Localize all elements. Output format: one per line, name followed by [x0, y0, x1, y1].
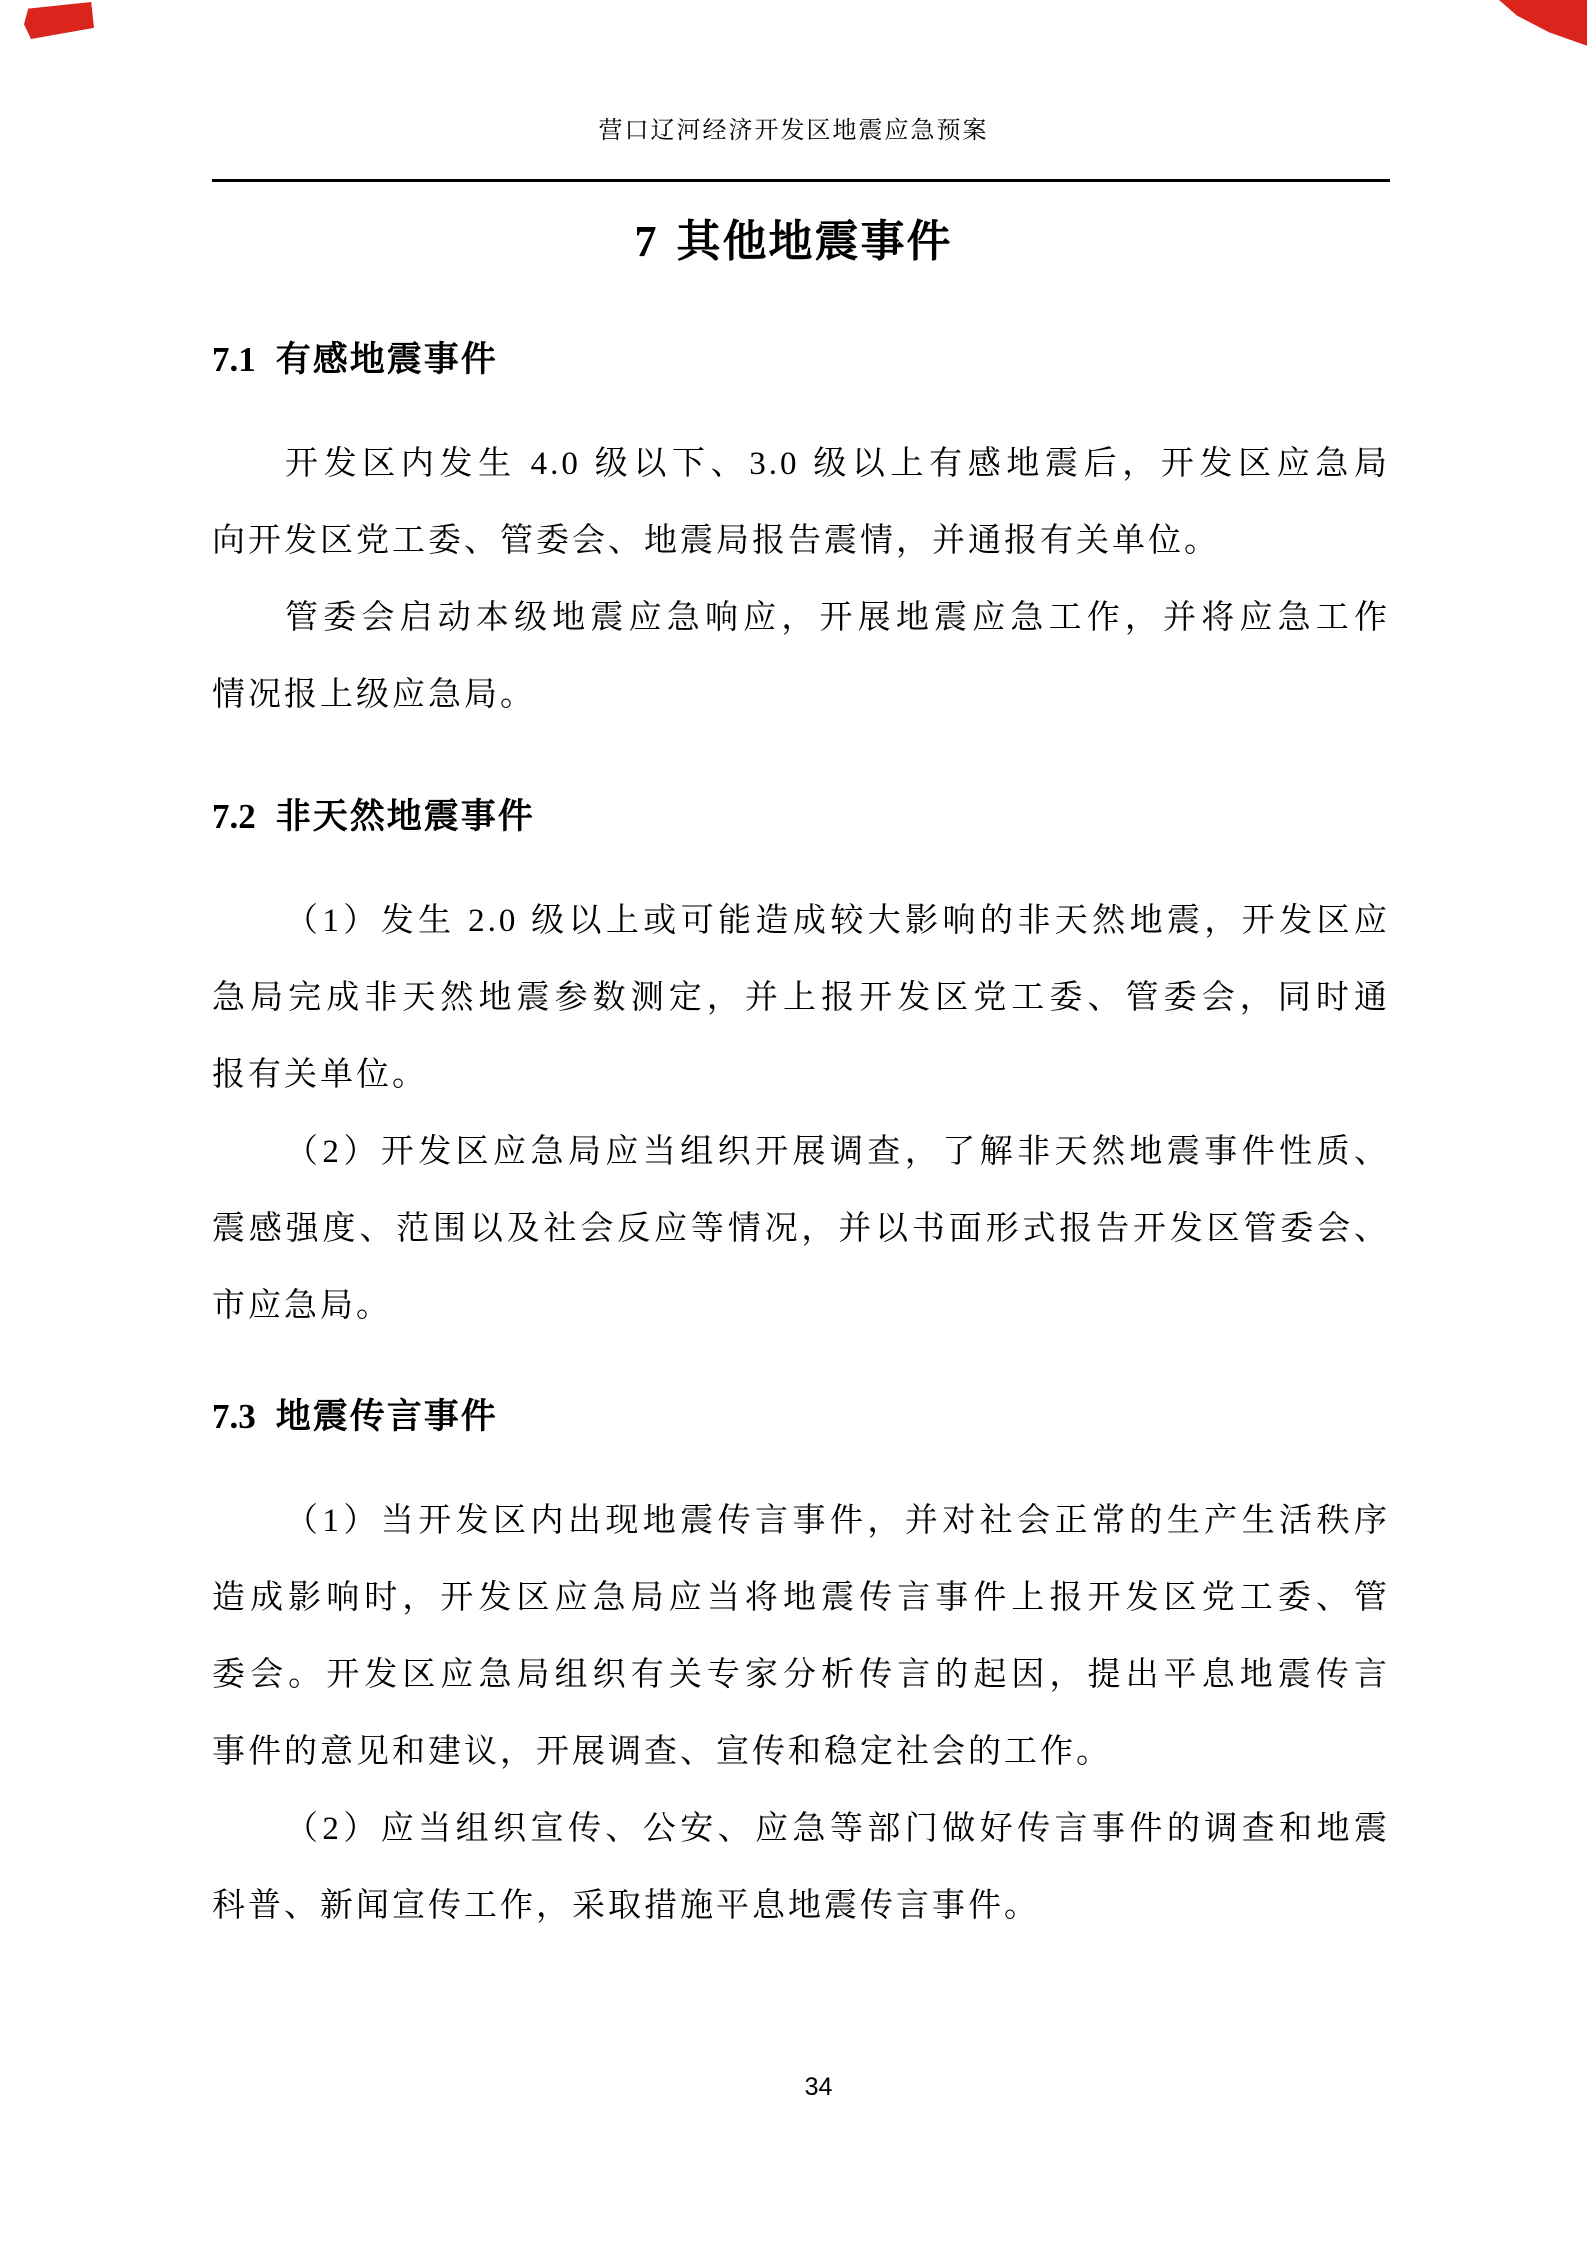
section-heading-7-1: 7.1有感地震事件 — [212, 338, 1390, 382]
chapter-number: 7 — [635, 217, 659, 266]
body-line: 震感强度、范围以及社会反应等情况，并以书面形式报告开发区管委会、 — [212, 1191, 1390, 1268]
body-line: 情况报上级应急局。 — [212, 657, 1390, 734]
body-line: （1）当开发区内出现地震传言事件，并对社会正常的生产生活秩序 — [212, 1483, 1390, 1560]
body-line: 委会。开发区应急局组织有关专家分析传言的起因，提出平息地震传言 — [212, 1637, 1390, 1714]
body-line: 管委会启动本级地震应急响应，开展地震应急工作，并将应急工作 — [212, 580, 1390, 657]
red-corner-mark-left — [24, 2, 94, 39]
body-line: 事件的意见和建议，开展调查、宣传和稳定社会的工作。 — [212, 1714, 1390, 1791]
section-number: 7.2 — [212, 797, 256, 836]
chapter-title-text: 其他地震事件 — [677, 217, 953, 266]
body-line: 科普、新闻宣传工作，采取措施平息地震传言事件。 — [212, 1868, 1390, 1945]
body-line: （1）发生 2.0 级以上或可能造成较大影响的非天然地震，开发区应 — [212, 883, 1390, 960]
body-line: 急局完成非天然地震参数测定，并上报开发区党工委、管委会，同时通 — [212, 960, 1390, 1037]
body-line: 向开发区党工委、管委会、地震局报告震情，并通报有关单位。 — [212, 503, 1390, 580]
section-number: 7.1 — [212, 340, 256, 379]
running-header: 营口辽河经济开发区地震应急预案 — [0, 115, 1587, 147]
body-line: 造成影响时，开发区应急局应当将地震传言事件上报开发区党工委、管 — [212, 1560, 1390, 1637]
section-heading-text: 地震传言事件 — [276, 1397, 498, 1436]
body-line: 市应急局。 — [212, 1268, 1390, 1345]
body-line: （2）应当组织宣传、公安、应急等部门做好传言事件的调查和地震 — [212, 1791, 1390, 1868]
page-number: 34 — [0, 2071, 1587, 2103]
section-heading-text: 非天然地震事件 — [276, 797, 535, 836]
section-heading-7-3: 7.3地震传言事件 — [212, 1395, 1390, 1439]
chapter-title: 7其他地震事件 — [0, 214, 1587, 270]
red-corner-mark-right — [1487, 0, 1587, 52]
section-number: 7.3 — [212, 1397, 256, 1436]
body-line: 报有关单位。 — [212, 1037, 1390, 1114]
document-page: 营口辽河经济开发区地震应急预案 7其他地震事件 7.1有感地震事件 开发区内发生… — [0, 0, 1587, 2245]
section-heading-text: 有感地震事件 — [276, 340, 498, 379]
section-heading-7-2: 7.2非天然地震事件 — [212, 795, 1390, 839]
body-line: 开发区内发生 4.0 级以下、3.0 级以上有感地震后，开发区应急局 — [212, 426, 1390, 503]
header-divider — [212, 179, 1390, 182]
body-line: （2）开发区应急局应当组织开展调查，了解非天然地震事件性质、 — [212, 1114, 1390, 1191]
